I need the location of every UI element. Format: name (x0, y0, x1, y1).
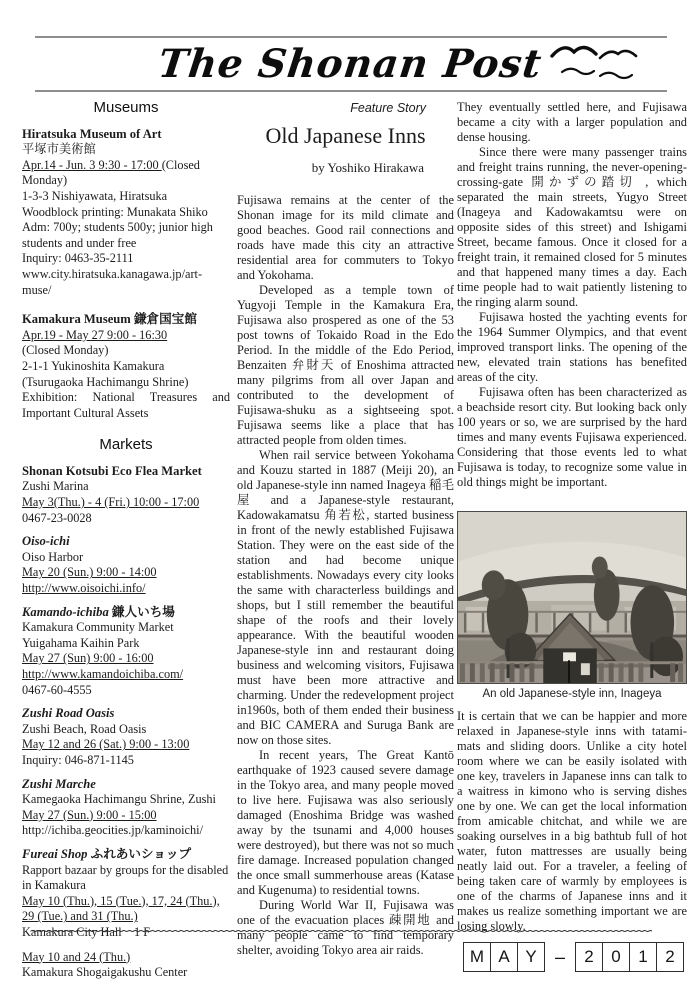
market-place2: Kamakura Shogaigakushu Center (22, 965, 230, 981)
header-rule-bottom (35, 90, 667, 92)
date-cell: A (491, 943, 518, 971)
newsletter-page: The Shonan Post Museums Hiratsuka Museum… (0, 0, 700, 990)
market-phone: 0467-23-0028 (22, 511, 230, 527)
market-dates: May 10 (Thu.), 15 (Tue.), 17, 24 (Thu.),… (22, 894, 230, 925)
museum-dates: Apr.14 - Jun. 3 9:30 - 17:00 (Closed Mon… (22, 158, 230, 189)
market-phone: Inquiry: 046-871-1145 (22, 753, 230, 769)
museum-entry-hiratsuka: Hiratsuka Museum of Art 平塚市美術館 Apr.14 - … (22, 127, 230, 299)
market-name-ja: 鎌人いち場 (112, 605, 175, 619)
museum-address2: (Tsurugaoka Hachimangu Shrine) (22, 375, 230, 391)
market-dates: May 27 (Sun) 9:00 - 16:00 (22, 651, 230, 667)
article-paragraph-7: Since there were many passenger trains a… (457, 145, 687, 310)
market-name-en: Fureai Shop (22, 847, 91, 861)
museums-heading: Museums (22, 100, 230, 116)
inn-photo (457, 511, 687, 684)
market-entry-oiso: Oiso-ichi Oiso Harbor May 20 (Sun.) 9:00… (22, 534, 230, 596)
market-url[interactable]: http://www.oisoichi.info/ (22, 581, 230, 597)
museum-name: Kamakura Museum 鎌倉国宝館 (22, 312, 230, 328)
newspaper-title: The Shonan Post (147, 39, 553, 91)
museum-name-ja: 鎌倉国宝館 (134, 312, 197, 326)
market-entry-fureai: Fureai Shop ふれあいショップ Rapport bazaar by g… (22, 847, 230, 981)
market-place2: Yuigahama Kaihin Park (22, 636, 230, 652)
article-paragraph-6: They eventually settled here, and Fujisa… (457, 100, 687, 145)
date-cell: 0 (603, 943, 630, 971)
market-dates: May 12 and 26 (Sat.) 9:00 - 13:00 (22, 737, 230, 753)
market-name-ja: ふれあいショップ (91, 847, 192, 861)
footer-wavy-divider: ~~~~~~~~~~~~~~~~~~~~~~~~~~~~~~~~~~~~~~~~… (30, 924, 652, 938)
market-description: Rapport bazaar by groups for the disable… (22, 863, 230, 894)
market-url[interactable]: http://www.kamandoichiba.com/ (22, 667, 230, 683)
market-name-en: Kamando-ichiba (22, 605, 112, 619)
market-place: Kamakura Community Market (22, 620, 230, 636)
markets-heading: Markets (22, 437, 230, 453)
market-entry-marche: Zushi Marche Kamegaoka Hachimangu Shrine… (22, 777, 230, 839)
museum-inquiry: Inquiry: 0463-35-2111 (22, 251, 230, 267)
museum-exhibition: Exhibition: National Treasures and Impor… (22, 390, 230, 421)
feature-article-column: Feature Story Old Japanese Inns by Yoshi… (237, 100, 454, 958)
market-name: Shonan Kotsubi Eco Flea Market (22, 464, 230, 480)
article-paragraph-2: Developed as a temple town of Yugyoji Te… (237, 283, 454, 448)
date-cell: Y (518, 943, 544, 971)
museum-name: Hiratsuka Museum of Art (22, 127, 230, 143)
month-boxes: M A Y (463, 942, 545, 972)
article-paragraph-8: Fujisawa hosted the yachting events for … (457, 310, 687, 385)
museum-name-ja: 平塚市美術館 (22, 142, 230, 158)
market-place: Kamegaoka Hachimangu Shrine, Zushi (22, 792, 230, 808)
museum-info: Woodblock printing: Munakata Shiko Adm: … (22, 205, 230, 252)
market-place: Zushi Beach, Road Oasis (22, 722, 230, 738)
market-name: Zushi Road Oasis (22, 706, 230, 722)
date-cell: 2 (576, 943, 603, 971)
article-paragraph-10: It is certain that we can be happier and… (457, 709, 687, 934)
article-paragraph-9: Fujisawa often has been characterized as… (457, 385, 687, 490)
museum-url[interactable]: www.city.hiratsuka.kanagawa.jp/art-muse/ (22, 267, 230, 298)
market-url[interactable]: http://ichiba.geocities.jp/kaminoichi/ (22, 823, 230, 839)
dates-text: Apr.14 - Jun. 3 9:30 - 17:00 (22, 158, 162, 172)
market-dates: May 20 (Sun.) 9:00 - 14:00 (22, 565, 230, 581)
birds-icon (548, 40, 644, 88)
market-name: Oiso-ichi (22, 534, 230, 550)
market-dates: May 27 (Sun.) 9:00 - 15:00 (22, 808, 230, 824)
market-entry-kotsubi: Shonan Kotsubi Eco Flea Market Zushi Mar… (22, 464, 230, 526)
market-entry-kamando: Kamando-ichiba 鎌人いち場 Kamakura Community … (22, 605, 230, 699)
feature-kicker: Feature Story (237, 101, 454, 115)
article-title: Old Japanese Inns (237, 122, 454, 149)
listings-column: Museums Hiratsuka Museum of Art 平塚市美術館 A… (22, 100, 230, 989)
article-continuation-column: They eventually settled here, and Fujisa… (457, 100, 687, 934)
header-rule-top (35, 36, 667, 38)
year-boxes: 2 0 1 2 (575, 942, 684, 972)
date-separator: – (545, 947, 575, 968)
inn-photo-figure: An old Japanese-style inn, Inageya (457, 511, 687, 700)
market-dates2: May 10 and 24 (Thu.) (22, 950, 230, 966)
photo-caption: An old Japanese-style inn, Inageya (457, 688, 687, 700)
market-phone: 0467-60-4555 (22, 683, 230, 699)
museum-entry-kamakura: Kamakura Museum 鎌倉国宝館 Apr.19 - May 27 9:… (22, 312, 230, 421)
date-cell: 1 (630, 943, 657, 971)
date-cell: 2 (657, 943, 683, 971)
article-paragraph-1: Fujisawa remains at the center of the Sh… (237, 193, 454, 283)
museum-address: 1-3-3 Nishiyawata, Hiratsuka (22, 189, 230, 205)
market-dates: May 3(Thu.) - 4 (Fri.) 10:00 - 17:00 (22, 495, 230, 511)
date-cell: M (464, 943, 491, 971)
market-name: Fureai Shop ふれあいショップ (22, 847, 230, 863)
market-name: Kamando-ichiba 鎌人いち場 (22, 605, 230, 621)
market-place: Oiso Harbor (22, 550, 230, 566)
article-byline: by Yoshiko Hirakawa (237, 160, 454, 176)
museum-name-en: Kamakura Museum (22, 312, 134, 326)
museum-dates: Apr.19 - May 27 9:00 - 16:30 (22, 328, 230, 344)
museum-address: 2-1-1 Yukinoshita Kamakura (22, 359, 230, 375)
closed-note: (Closed Monday) (22, 343, 230, 359)
article-paragraph-3: When rail service between Yokohama and K… (237, 448, 454, 748)
market-place: Zushi Marina (22, 479, 230, 495)
issue-date: M A Y – 2 0 1 2 (463, 942, 684, 972)
article-paragraph-4: In recent years, The Great Kantō earthqu… (237, 748, 454, 898)
market-entry-road-oasis: Zushi Road Oasis Zushi Beach, Road Oasis… (22, 706, 230, 768)
market-name: Zushi Marche (22, 777, 230, 793)
